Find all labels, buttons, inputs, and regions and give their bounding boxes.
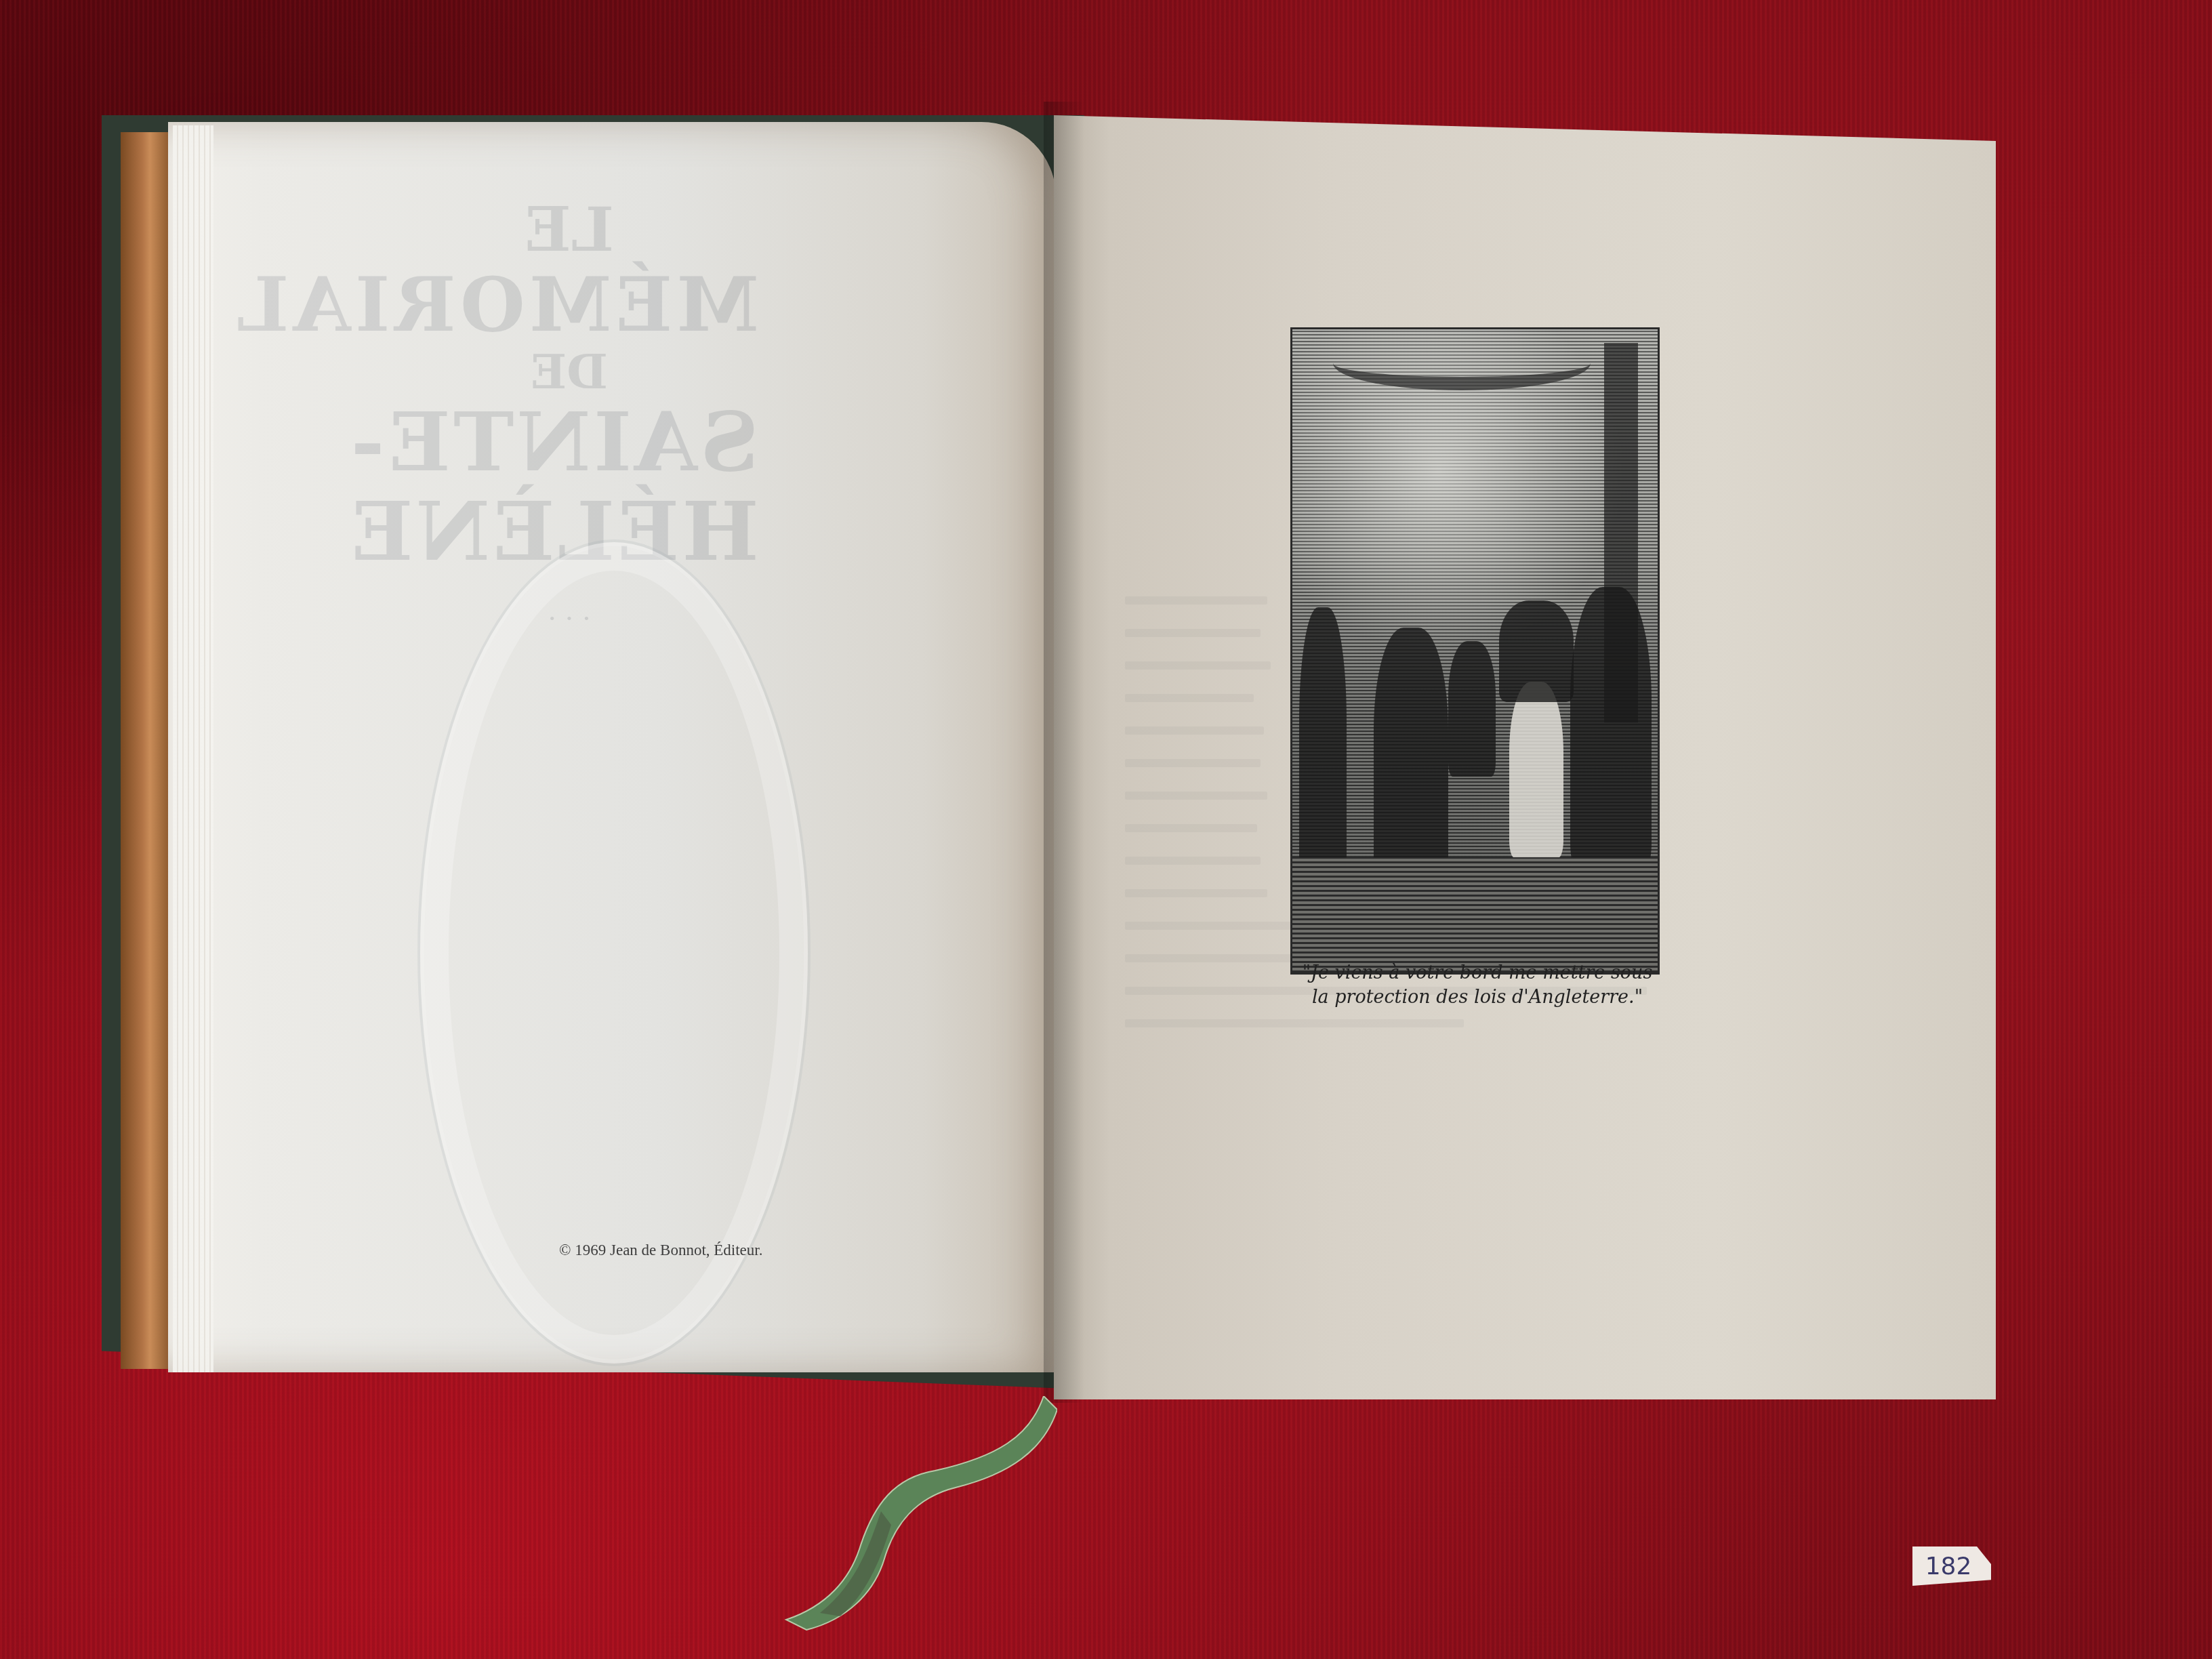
engraving-figure-officer-breeches <box>1509 682 1563 858</box>
showthrough-line: SAINTE-HÉLÈNE <box>380 398 759 577</box>
caption-line-1: "Je viens à votre bord me mettre sous <box>1294 961 1660 985</box>
ghost-line <box>1125 661 1271 670</box>
copyright-notice: © 1969 Jean de Bonnot, Éditeur. <box>559 1242 803 1259</box>
bookmark-ribbon-icon <box>759 1396 1057 1654</box>
showthrough-line: DE <box>380 346 759 398</box>
engraving-figure <box>1299 607 1347 892</box>
ghost-line <box>1125 629 1261 637</box>
ghost-line <box>1125 694 1254 702</box>
gutter-shadow <box>1044 102 1084 1403</box>
engraving-sail <box>1333 336 1591 390</box>
showthrough-line: MÉMORIAL <box>380 264 759 346</box>
ghost-line <box>1125 759 1261 767</box>
engraving-illustration <box>1290 327 1660 975</box>
gilt-page-edge <box>121 132 169 1369</box>
caption-line-2: la protection des lois d'Angleterre." <box>1294 985 1660 1010</box>
ghost-line <box>1125 792 1267 800</box>
engraving-figure-napoleon <box>1374 628 1448 885</box>
showthrough-line: LE <box>380 197 759 264</box>
embossed-seal-icon <box>420 542 808 1364</box>
ghost-line <box>1125 889 1267 897</box>
engraving-figure <box>1448 641 1496 777</box>
engraving-caption: "Je viens à votre bord me mettre sous la… <box>1294 961 1660 1010</box>
inventory-number-sticker: 182 <box>1912 1547 1991 1586</box>
left-page-stack <box>173 125 213 1372</box>
engraving-figure-officer-coat <box>1499 600 1574 702</box>
ghost-line <box>1125 726 1264 735</box>
ghost-line <box>1125 1019 1464 1027</box>
ghost-line <box>1125 596 1267 605</box>
engraving-figure-group <box>1570 587 1652 872</box>
engraving-deck <box>1292 857 1658 972</box>
ghost-line <box>1125 857 1261 865</box>
ghost-line <box>1125 824 1257 832</box>
